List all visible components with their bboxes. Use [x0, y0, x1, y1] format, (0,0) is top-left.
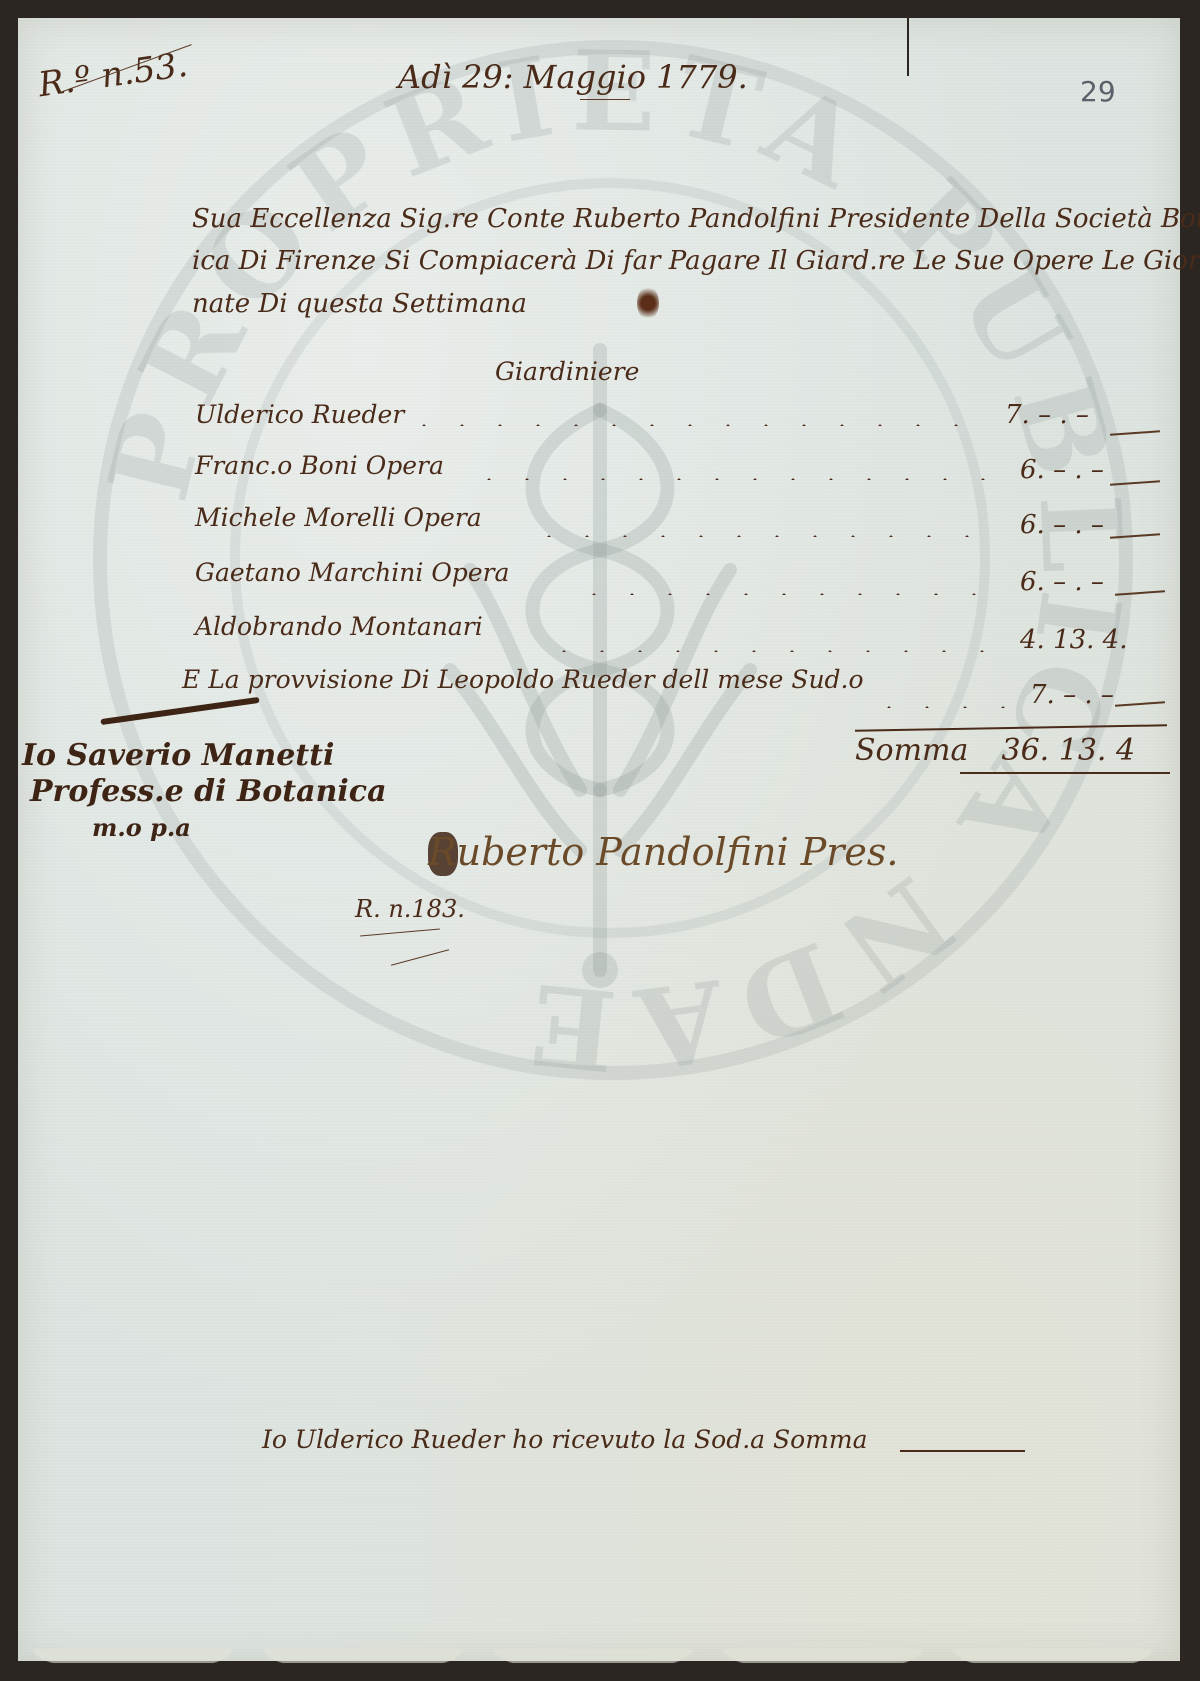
dotted-leader: [545, 650, 1000, 652]
entry-amount: 6. – . –: [1020, 567, 1104, 597]
signature-manetti-title: Profess.e di Botanica: [22, 774, 387, 810]
body-line-1: Sua Eccellenza Sig.re Conte Ruberto Pand…: [192, 198, 1200, 240]
date-underline: [580, 99, 630, 100]
total-amount: 36. 13. 4: [1002, 733, 1136, 768]
entry-amount: 7. – . –: [1030, 680, 1114, 710]
body-line-2: ica Di Firenze Si Compiacerà Di far Paga…: [192, 240, 1200, 282]
folio-number: 29: [1080, 75, 1116, 108]
signature-pandolfini: Ruberto Pandolfini Pres.: [428, 830, 899, 874]
reference-number-bottom: R. n.183.: [355, 895, 465, 923]
entry-name: Michele Morelli Opera: [195, 503, 482, 532]
section-heading-giardiniere: Giardiniere: [495, 357, 639, 386]
entry-name: E La provvisione Di Leopoldo Rueder dell…: [182, 665, 864, 694]
ink-blot: [637, 286, 659, 320]
signature-manetti-suffix: m.o p.a: [22, 810, 387, 846]
receipt-underline: [900, 1450, 1025, 1452]
receipt-statement: Io Ulderico Rueder ho ricevuto la Sod.a …: [262, 1425, 868, 1454]
dotted-leader: [405, 424, 975, 426]
entry-name: Franc.o Boni Opera: [195, 451, 444, 480]
total-text: Somma: [855, 733, 968, 768]
signature-manetti: Io Saverio Manetti Profess.e di Botanica…: [22, 738, 387, 846]
dotted-leader: [530, 535, 1000, 537]
paper-deckle-edge: [18, 1649, 1180, 1663]
total-label: Somma 36. 13. 4: [855, 733, 1135, 768]
body-line-3: nate Di questa Settimana: [192, 283, 527, 325]
entry-name: Aldobrando Montanari: [195, 612, 483, 641]
entry-amount: 7. – . –: [1005, 400, 1089, 430]
entry-amount: 6. – . –: [1020, 455, 1104, 485]
entry-amount: 6. – . –: [1020, 510, 1104, 540]
entry-amount: 4. 13. 4.: [1020, 625, 1128, 655]
entry-name: Ulderico Rueder: [195, 400, 404, 429]
entry-name: Gaetano Marchini Opera: [195, 558, 509, 587]
dotted-leader: [870, 706, 1010, 708]
dotted-leader: [575, 593, 1000, 595]
signature-manetti-name: Io Saverio Manetti: [22, 738, 387, 774]
total-underline: [960, 772, 1170, 774]
dotted-leader: [470, 478, 1000, 480]
document-date: Adì 29: Maggio 1779.: [398, 58, 748, 96]
